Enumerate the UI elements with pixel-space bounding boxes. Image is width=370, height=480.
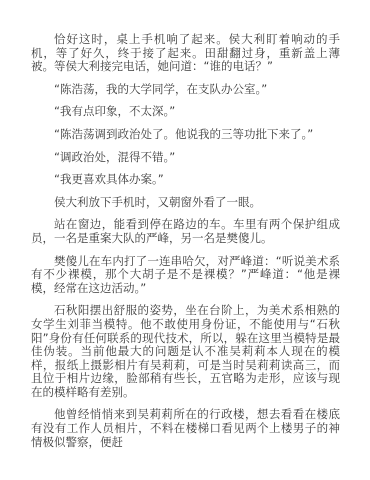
paragraph-dialogue-2: “我有点印象，不太深。” (31, 105, 340, 119)
paragraph-dialogue-1: “陈浩荡，我的大学同学，在支队办公室。” (31, 83, 340, 97)
paragraph-admin-building: 他曾经悄悄来到吴莉莉所在的行政楼，想去看看在楼底有没有工作人员相片，不料在楼梯口… (31, 408, 340, 449)
paragraph-dialogue-5: “我更喜欢具体办案。” (31, 173, 340, 187)
paragraph-phone-rings: 恰好这时，桌上手机响了起来。侯大利盯着响动的手机，等了好久，终于接了起来。田甜翻… (31, 33, 340, 74)
reader-page: 恰好这时，桌上手机响了起来。侯大利盯着响动的手机，等了好久，终于接了起来。田甜翻… (0, 0, 370, 480)
paragraph-window-glance: 侯大利放下手机时，又朝窗外看了一眼。 (31, 196, 340, 210)
paragraph-car-dialogue: 樊傻儿在车内打了一连串哈欠，对严峰道：“听说美术系有不少裸模，那个大胡子是不是裸… (31, 255, 340, 296)
paragraph-dialogue-4: “调政治处，混得不错。” (31, 151, 340, 165)
paragraph-guards-in-car: 站在窗边，能看到停在路边的车。车里有两个保护组成员，一名是重案大队的严峰，另一名… (31, 218, 340, 245)
paragraph-model-disguise: 石秋阳摆出舒服的姿势，坐在台阶上，为美术系相熟的女学生刘菲当模特。他不敢使用身份… (31, 304, 340, 399)
paragraph-dialogue-3: “陈浩荡调到政治处了。他说我的三等功批下来了。” (31, 128, 340, 142)
